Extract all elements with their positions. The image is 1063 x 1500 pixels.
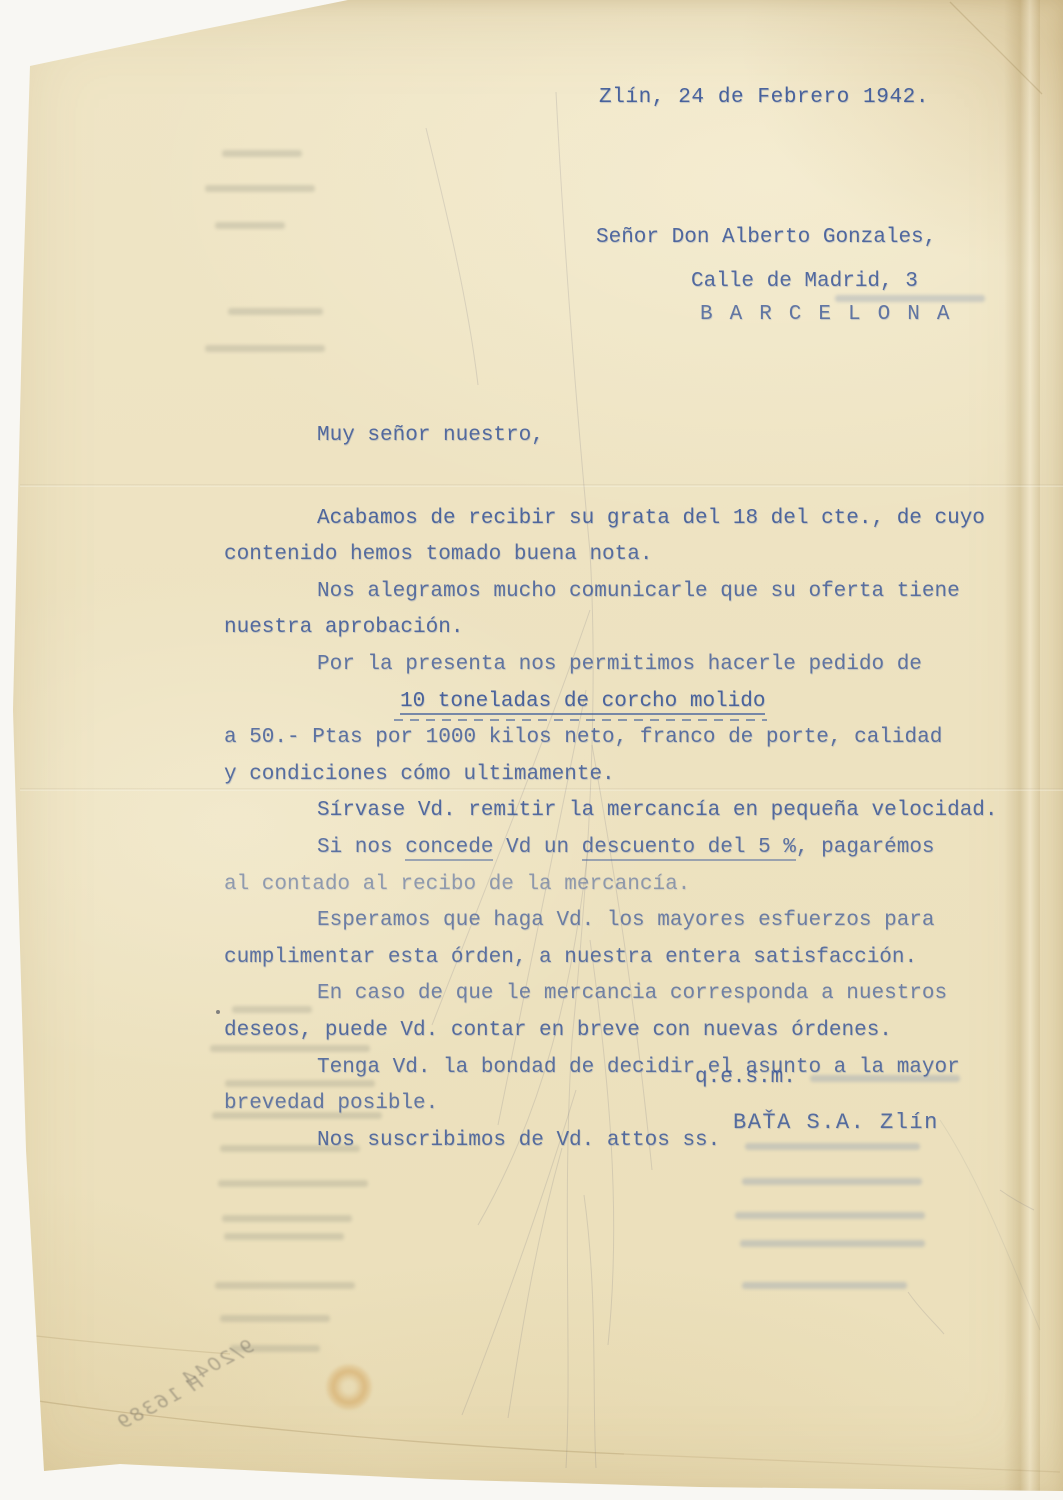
letter-line: Por la presenta nos permitimos hacerle p…	[224, 647, 1024, 684]
ghost-mark	[742, 1282, 907, 1289]
closing-formula: q.e.s.m.	[695, 1066, 796, 1089]
ghost-mark	[742, 1178, 922, 1185]
dateline: Zlín, 24 de Febrero 1942.	[599, 86, 929, 109]
letter-line: Tenga Vd. la bondad de decidir el asunto…	[224, 1050, 1024, 1087]
underlined-text: concede	[405, 836, 493, 861]
ghost-mark	[218, 1180, 368, 1187]
letter-line: deseos, puede Vd. contar en breve con nu…	[224, 1013, 1024, 1050]
text-segment: nuestra aprobación.	[224, 616, 463, 639]
letter-line: y condiciones cómo ultimamente.	[224, 757, 1024, 794]
ghost-mark	[215, 222, 285, 229]
recipient-name: Señor Don Alberto Gonzales,	[596, 226, 936, 249]
underlined-text: descuento del 5 %	[582, 836, 796, 861]
letter-line: Acabamos de recibir su grata del 18 del …	[224, 501, 1024, 538]
letter-page: Zlín, 24 de Febrero 1942. Señor Don Albe…	[0, 0, 1063, 1500]
ghost-mark	[735, 1212, 925, 1219]
ghost-mark	[205, 185, 315, 192]
salutation: Muy señor nuestro,	[224, 418, 1024, 455]
text-segment: a 50.- Ptas por 1000 kilos neto, franco …	[224, 726, 942, 749]
text-segment: Si nos	[317, 836, 405, 859]
letter-line: contenido hemos tomado buena nota.	[224, 537, 1024, 574]
text-segment: brevedad posible.	[224, 1092, 438, 1115]
paper-stain	[326, 1364, 372, 1410]
ghost-mark	[228, 308, 323, 315]
text-segment: Sírvase Vd. remitir la mercancía en pequ…	[317, 799, 998, 822]
ghost-mark	[222, 1215, 352, 1222]
text-segment: Esperamos que haga Vd. los mayores esfue…	[317, 909, 935, 932]
order-quantity-line: 10 toneladas de corcho molido	[224, 684, 1024, 721]
text-segment: Por la presenta nos permitimos hacerle p…	[317, 653, 922, 676]
ghost-mark	[224, 1233, 344, 1240]
ghost-mark	[215, 1282, 355, 1289]
recipient-city: B A R C E L O N A	[700, 303, 952, 326]
letter-line: Si nos concede Vd un descuento del 5 %, …	[224, 830, 1024, 867]
text-segment: Acabamos de recibir su grata del 18 del …	[317, 507, 985, 530]
ink-speck	[216, 1010, 220, 1014]
text-segment: Tenga Vd. la bondad de decidir el asunto…	[317, 1056, 960, 1079]
ghost-mark	[740, 1240, 925, 1247]
letter-body: Muy señor nuestro, Acabamos de recibir s…	[224, 372, 1024, 1159]
ink-speck	[38, 1452, 42, 1456]
text-segment: En caso de que le mercancia corresponda …	[317, 982, 947, 1005]
letter-line: cumplimentar esta órden, a nuestra enter…	[224, 940, 1024, 977]
text-segment: Vd un	[493, 836, 581, 859]
letter-line: En caso de que le mercancia corresponda …	[224, 976, 1024, 1013]
text-segment: , pagarémos	[796, 836, 935, 859]
scanned-letter-screenshot: { "letter": { "dateline": "Zlín, 24 de F…	[0, 0, 1063, 1500]
letter-line: Sírvase Vd. remitir la mercancía en pequ…	[224, 793, 1024, 830]
text-segment: al contado al recibo de la mercancía.	[224, 873, 690, 896]
underlined-text: 10 toneladas de corcho molido	[400, 690, 765, 715]
letter-line: a 50.- Ptas por 1000 kilos neto, franco …	[224, 720, 1024, 757]
letter-line: Esperamos que haga Vd. los mayores esfue…	[224, 903, 1024, 940]
letter-line: nuestra aprobación.	[224, 610, 1024, 647]
scan-background: Zlín, 24 de Febrero 1942. Señor Don Albe…	[0, 0, 1063, 1500]
ghost-mark	[220, 1315, 330, 1322]
text-segment: contenido hemos tomado buena nota.	[224, 543, 652, 566]
ghost-mark	[222, 150, 302, 157]
letter-line: al contado al recibo de la mercancía.	[224, 867, 1024, 904]
letter-line: Nos alegramos mucho comunicarle que su o…	[224, 574, 1024, 611]
text-segment: y condiciones cómo ultimamente.	[224, 763, 615, 786]
recipient-street: Calle de Madrid, 3	[691, 270, 918, 293]
text-segment: Nos alegramos mucho comunicarle que su o…	[317, 580, 960, 603]
text-segment: deseos, puede Vd. contar en breve con nu…	[224, 1019, 892, 1042]
signature-line: BAŤA S.A. Zlín	[733, 1110, 939, 1135]
ghost-mark	[835, 295, 985, 302]
text-segment: Nos suscribimos de Vd. attos ss.	[317, 1129, 720, 1152]
text-segment: cumplimentar esta órden, a nuestra enter…	[224, 946, 917, 969]
ghost-mark	[205, 345, 325, 352]
